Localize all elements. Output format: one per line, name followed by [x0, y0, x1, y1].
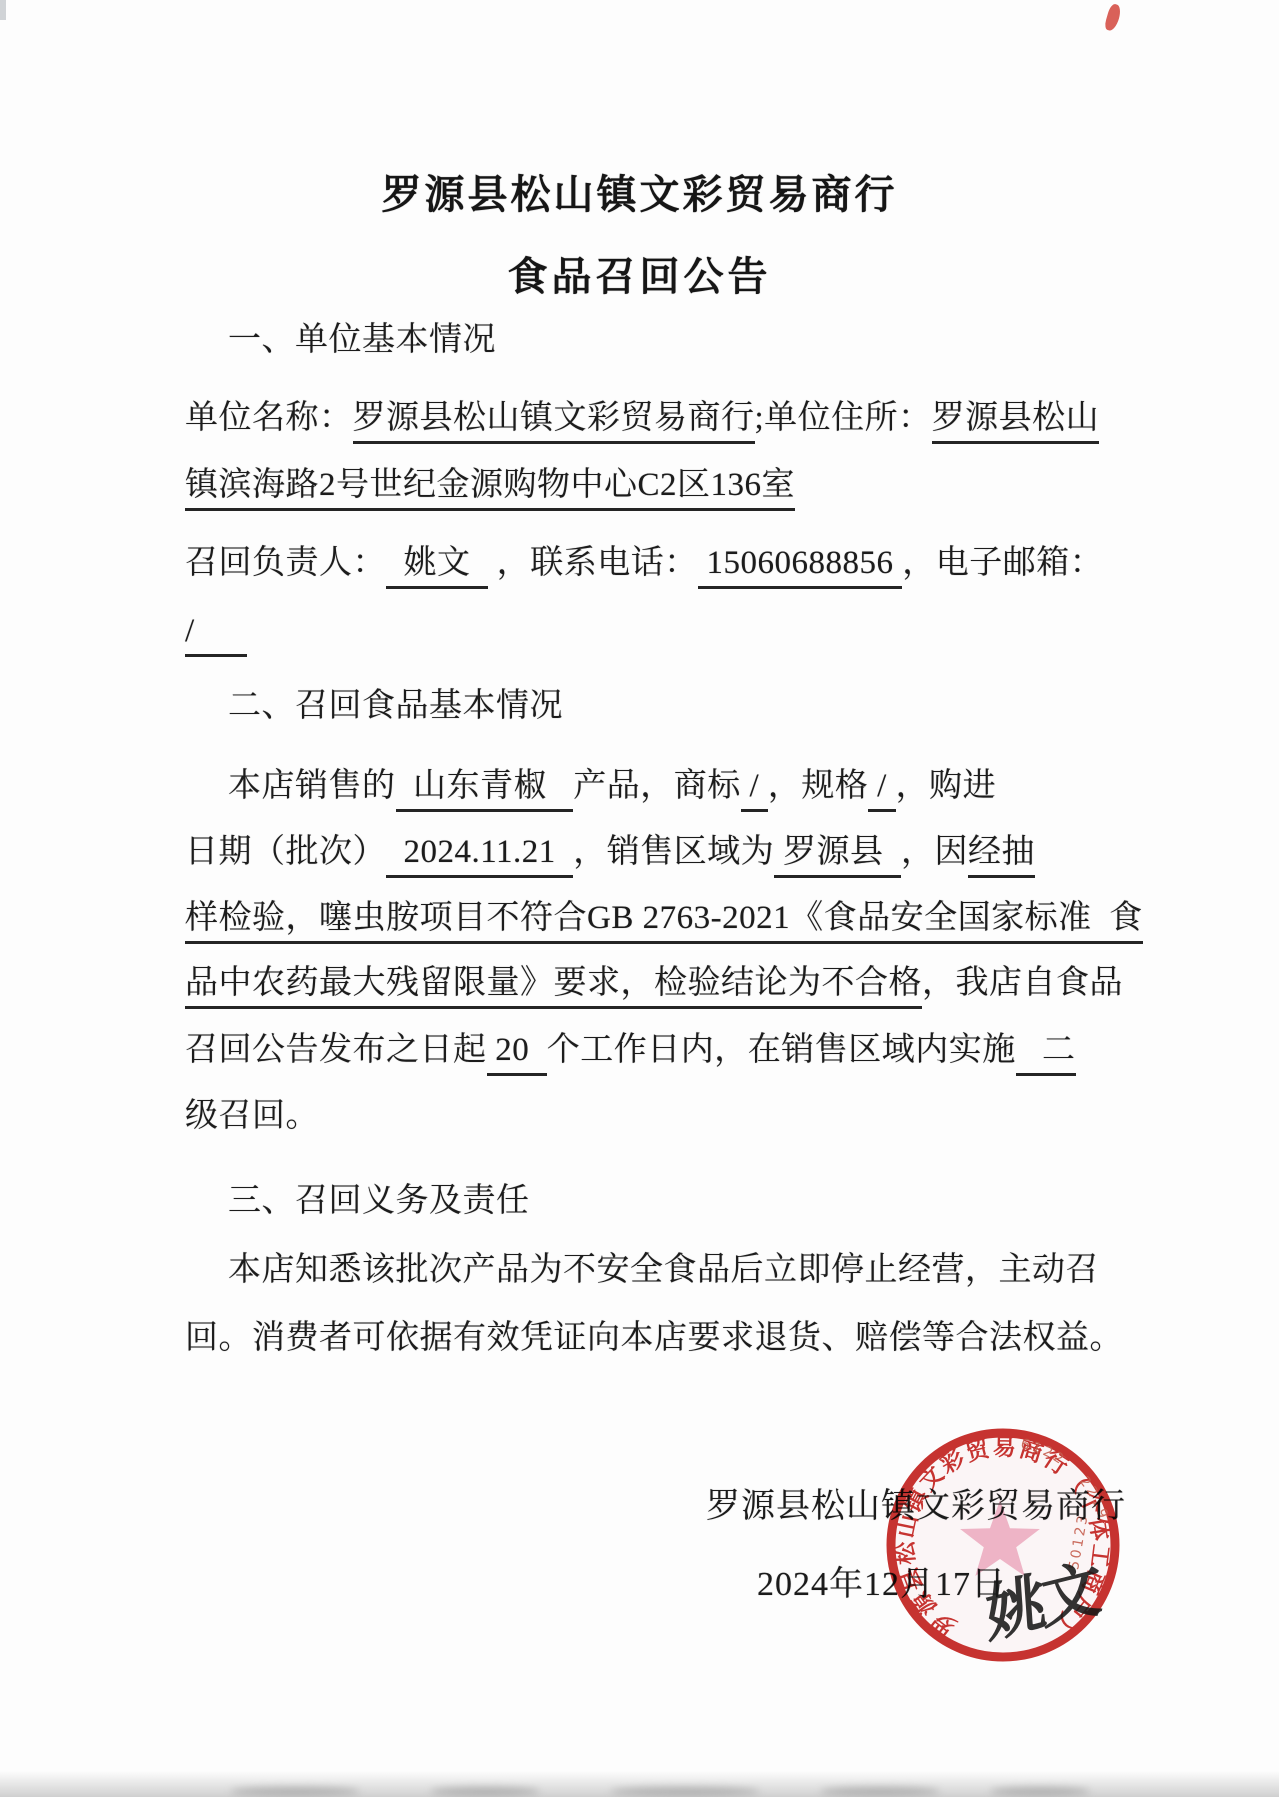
document-title: 罗源县松山镇文彩贸易商行 — [0, 163, 1279, 220]
text-segment: 二、召回食品基本情况 — [228, 688, 563, 724]
filled-blank: 罗源县 — [774, 834, 901, 878]
text-segment: 召回公告发布之日起 — [185, 1032, 487, 1068]
section-2-heading: 二、召回食品基本情况 — [228, 686, 563, 727]
recall-line-4: 品中农药最大残留限量》要求，检验结论为不合格，我店自食品 — [185, 963, 1123, 1004]
scan-smudge — [230, 1787, 360, 1796]
text-segment: ，规格 — [768, 768, 869, 804]
scan-smudge — [610, 1787, 760, 1796]
text-segment: 级召回。 — [185, 1098, 319, 1134]
duty-line-2: 回。消费者可依据有效凭证向本店要求退货、赔偿等合法权益。 — [185, 1318, 1123, 1359]
filled-blank: 镇滨海路2号世纪金源购物中心C2区136室 — [185, 467, 795, 511]
scan-edge-artifact — [0, 0, 6, 20]
text-segment: 召回负责人： — [185, 545, 386, 581]
text-segment: 日期（批次） — [185, 834, 386, 870]
text-segment: ，联系电话： — [488, 545, 698, 581]
contact-line: 召回负责人： 姚文 ，联系电话： 15060688856 ，电子邮箱： — [185, 543, 1103, 584]
unit-info-line-2: 镇滨海路2号世纪金源购物中心C2区136室 — [185, 465, 795, 506]
filled-blank: / — [185, 613, 247, 657]
filled-blank: 姚文 — [386, 545, 488, 589]
text-segment: ;单位住所： — [755, 400, 932, 436]
scan-smudge — [990, 1787, 1090, 1796]
section-3-heading: 三、召回义务及责任 — [228, 1181, 530, 1222]
filled-blank: / — [741, 768, 768, 812]
recall-line-2: 日期（批次） 2024.11.21 ，销售区域为 罗源县 ，因经抽 — [185, 832, 1035, 873]
scan-smudge — [820, 1787, 940, 1796]
filled-blank: 二 — [1016, 1032, 1076, 1076]
document-subtitle: 食品召回公告 — [0, 245, 1279, 302]
text-segment: 单位名称： — [185, 400, 353, 436]
text-segment: ，电子邮箱： — [902, 545, 1103, 581]
text-segment: ，购进 — [896, 768, 997, 804]
text-segment: 产品，商标 — [573, 768, 741, 804]
text-segment: 个工作日内，在销售区域内实施 — [547, 1032, 1016, 1068]
text-segment: ，因 — [901, 834, 968, 870]
filled-blank: 2024.11.21 — [386, 834, 573, 878]
recall-line-5: 召回公告发布之日起 20 个工作日内，在销售区域内实施 二 — [185, 1030, 1076, 1071]
scanned-document-page: 罗源县松山镇文彩贸易商行 食品召回公告 一、单位基本情况单位名称：罗源县松山镇文… — [0, 0, 1279, 1797]
recall-line-1: 本店销售的 山东青椒 产品，商标 / ，规格 / ，购进 — [228, 766, 996, 807]
recall-line-6: 级召回。 — [185, 1096, 319, 1137]
text-segment: 三、召回义务及责任 — [228, 1183, 530, 1219]
text-segment: ，我店自食品 — [922, 965, 1123, 1001]
text-segment: 回。消费者可依据有效凭证向本店要求退货、赔偿等合法权益。 — [185, 1320, 1123, 1356]
filled-blank: 罗源县松山镇文彩贸易商行 — [353, 400, 755, 444]
filled-blank: 经抽 — [968, 834, 1035, 878]
red-ink-speck — [1104, 3, 1123, 32]
text-segment: 本店销售的 — [228, 768, 396, 804]
recall-line-3: 样检验，噻虫胺项目不符合GB 2763-2021《食品安全国家标准 食 — [185, 898, 1143, 939]
email-line: / — [185, 611, 247, 652]
filled-blank: 样检验，噻虫胺项目不符合GB 2763-2021《食品安全国家标准 食 — [185, 900, 1143, 944]
filled-blank: 品中农药最大残留限量》要求，检验结论为不合格 — [185, 965, 922, 1009]
text-segment: 一、单位基本情况 — [228, 322, 496, 358]
filled-blank: 20 — [487, 1032, 547, 1076]
filled-blank: 山东青椒 — [396, 768, 574, 812]
text-segment: 本店知悉该批次产品为不安全食品后立即停止经营，主动召 — [228, 1252, 1099, 1288]
duty-line-1: 本店知悉该批次产品为不安全食品后立即停止经营，主动召 — [228, 1250, 1099, 1291]
filled-blank: 罗源县松山 — [932, 400, 1100, 444]
filled-blank: 15060688856 — [698, 545, 903, 589]
section-1-heading: 一、单位基本情况 — [228, 320, 496, 361]
filled-blank: / — [868, 768, 895, 812]
text-segment: ，销售区域为 — [573, 834, 774, 870]
unit-info-line-1: 单位名称：罗源县松山镇文彩贸易商行;单位住所：罗源县松山 — [185, 398, 1099, 439]
scan-smudge — [430, 1787, 540, 1796]
